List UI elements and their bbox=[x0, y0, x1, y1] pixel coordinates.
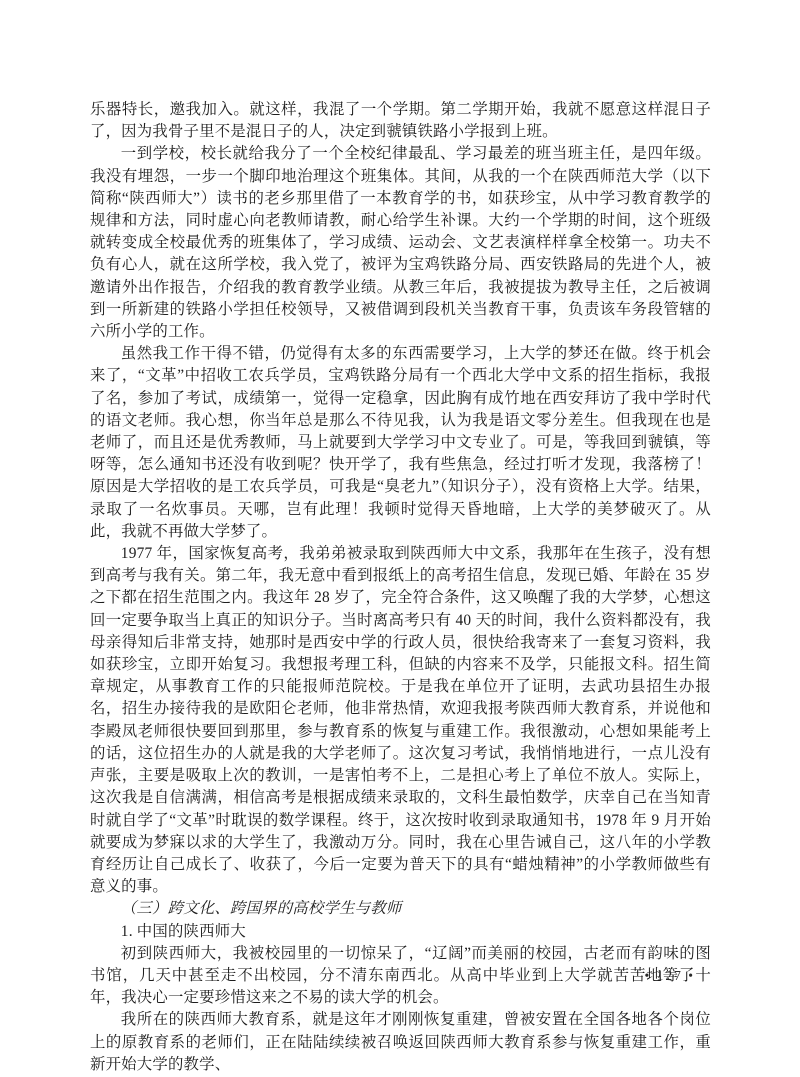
paragraph: 我所在的陕西师大教育系，就是这年才刚刚恢复重建，曾被安置在全国各地各个岗位上的原… bbox=[90, 1009, 711, 1076]
page-number: • 127 • bbox=[90, 968, 711, 984]
section-heading: （三）跨文化、跨国界的高校学生与教师 bbox=[90, 898, 711, 920]
text-body: 乐器特长，邀我加入。就这样，我混了一个学期。第二学期开始，我就不愿意这样混日子了… bbox=[90, 99, 711, 1076]
paragraph: 乐器特长，邀我加入。就这样，我混了一个学期。第二学期开始，我就不愿意这样混日子了… bbox=[90, 99, 711, 143]
paragraph: 1977 年，国家恢复高考，我弟弟被录取到陕西师大中文系，我那年在生孩子，没有想… bbox=[90, 543, 711, 898]
book-page: 乐器特长，邀我加入。就这样，我混了一个学期。第二学期开始，我就不愿意这样混日子了… bbox=[0, 0, 800, 1077]
subheading: 1. 中国的陕西师大 bbox=[90, 921, 711, 943]
paragraph: 一到学校，校长就给我分了一个全校纪律最乱、学习最差的班当班主任，是四年级。我没有… bbox=[90, 143, 711, 343]
paragraph: 虽然我工作干得不错，仍觉得有太多的东西需要学习，上大学的梦还在做。终于机会来了，… bbox=[90, 343, 711, 543]
